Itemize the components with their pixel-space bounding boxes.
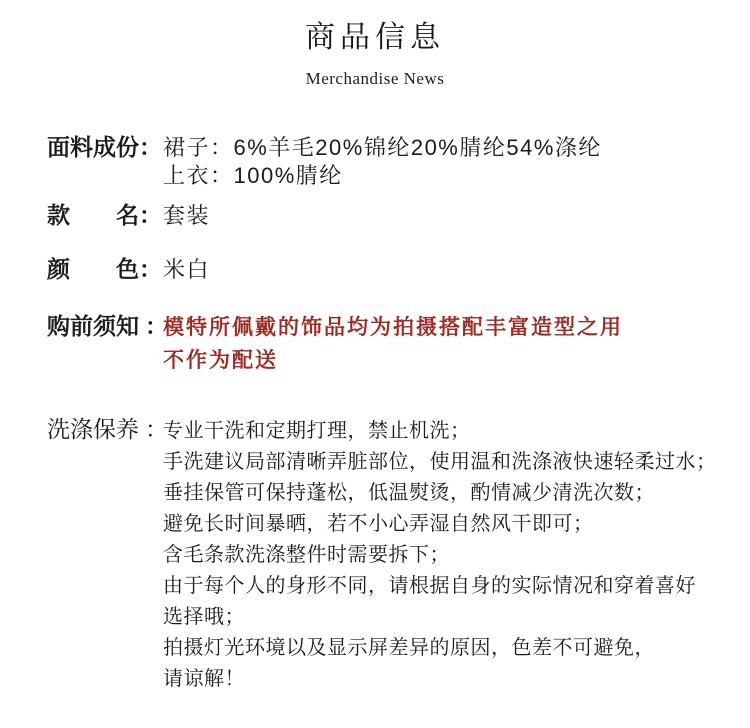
color-colon: ： bbox=[139, 255, 162, 283]
page-subtitle: Merchandise News bbox=[0, 68, 750, 90]
fabric-composition-colon: ： bbox=[139, 133, 162, 161]
purchase-notice-label: 购前须知： bbox=[47, 312, 163, 340]
style-name-content: 套装 bbox=[163, 202, 730, 230]
color-value: 米白 bbox=[163, 256, 730, 284]
care-instructions-content: 专业干洗和定期打理，禁止机洗； 手洗建议局部清晰弄脏部位，使用温和洗涤液快速轻柔… bbox=[163, 416, 730, 695]
product-info-page: 商品信息 Merchandise News 面料成份： 裙子：6%羊毛20%锦纶… bbox=[0, 0, 750, 728]
purchase-notice-content: 模特所佩戴的饰品均为拍摄搭配丰富造型之用 不作为配送 bbox=[163, 311, 730, 377]
fabric-composition-label-text: 面料成份 bbox=[47, 133, 139, 161]
purchase-notice-row: 购前须知： 模特所佩戴的饰品均为拍摄搭配丰富造型之用 不作为配送 bbox=[47, 311, 730, 377]
style-name-value: 套装 bbox=[163, 202, 730, 230]
style-name-label-text: 款名 bbox=[47, 201, 139, 229]
style-name-label: 款名： bbox=[47, 201, 163, 229]
care-line: 避免长时间暴晒，若不小心弄湿自然风干即可； bbox=[163, 509, 730, 540]
fabric-line-skirt: 裙子：6%羊毛20%锦纶20%腈纶54%涤纶 bbox=[163, 134, 730, 162]
care-line: 请谅解！ bbox=[163, 664, 730, 695]
care-line: 手洗建议局部清晰弄脏部位，使用温和洗涤液快速轻柔过水； bbox=[163, 447, 730, 478]
color-content: 米白 bbox=[163, 256, 730, 284]
care-line: 垂挂保管可保持蓬松，低温熨烫，酌情减少清洗次数； bbox=[163, 478, 730, 509]
notice-line: 模特所佩戴的饰品均为拍摄搭配丰富造型之用 bbox=[163, 311, 730, 344]
spec-rows: 面料成份： 裙子：6%羊毛20%锦纶20%腈纶54%涤纶 上衣：100%腈纶 款… bbox=[0, 133, 750, 695]
color-label-text: 颜色 bbox=[47, 255, 139, 283]
care-instructions-row: 洗涤保养： 专业干洗和定期打理，禁止机洗； 手洗建议局部清晰弄脏部位，使用温和洗… bbox=[47, 415, 730, 695]
care-line: 由于每个人的身形不同，请根据自身的实际情况和穿着喜好 bbox=[163, 571, 730, 602]
fabric-composition-row: 面料成份： 裙子：6%羊毛20%锦纶20%腈纶54%涤纶 上衣：100%腈纶 bbox=[47, 133, 730, 190]
fabric-composition-label: 面料成份： bbox=[47, 133, 163, 161]
purchase-notice-label-text: 购前须知 bbox=[47, 312, 139, 340]
color-row: 颜色： 米白 bbox=[47, 255, 730, 284]
care-line: 专业干洗和定期打理，禁止机洗； bbox=[163, 416, 730, 447]
care-instructions-label-text: 洗涤保养 bbox=[47, 415, 139, 443]
care-line: 拍摄灯光环境以及显示屏差异的原因，色差不可避免， bbox=[163, 633, 730, 664]
care-line: 选择哦； bbox=[163, 602, 730, 633]
notice-line: 不作为配送 bbox=[163, 344, 730, 377]
style-name-colon: ： bbox=[139, 201, 162, 229]
style-name-row: 款名： 套装 bbox=[47, 201, 730, 230]
page-title: 商品信息 bbox=[0, 20, 750, 56]
page-header: 商品信息 Merchandise News bbox=[0, 0, 750, 90]
care-instructions-label: 洗涤保养： bbox=[47, 415, 163, 443]
color-label: 颜色： bbox=[47, 255, 163, 283]
care-line: 含毛条款洗涤整件时需要拆下； bbox=[163, 540, 730, 571]
fabric-line-top: 上衣：100%腈纶 bbox=[163, 162, 730, 190]
fabric-composition-content: 裙子：6%羊毛20%锦纶20%腈纶54%涤纶 上衣：100%腈纶 bbox=[163, 134, 730, 190]
